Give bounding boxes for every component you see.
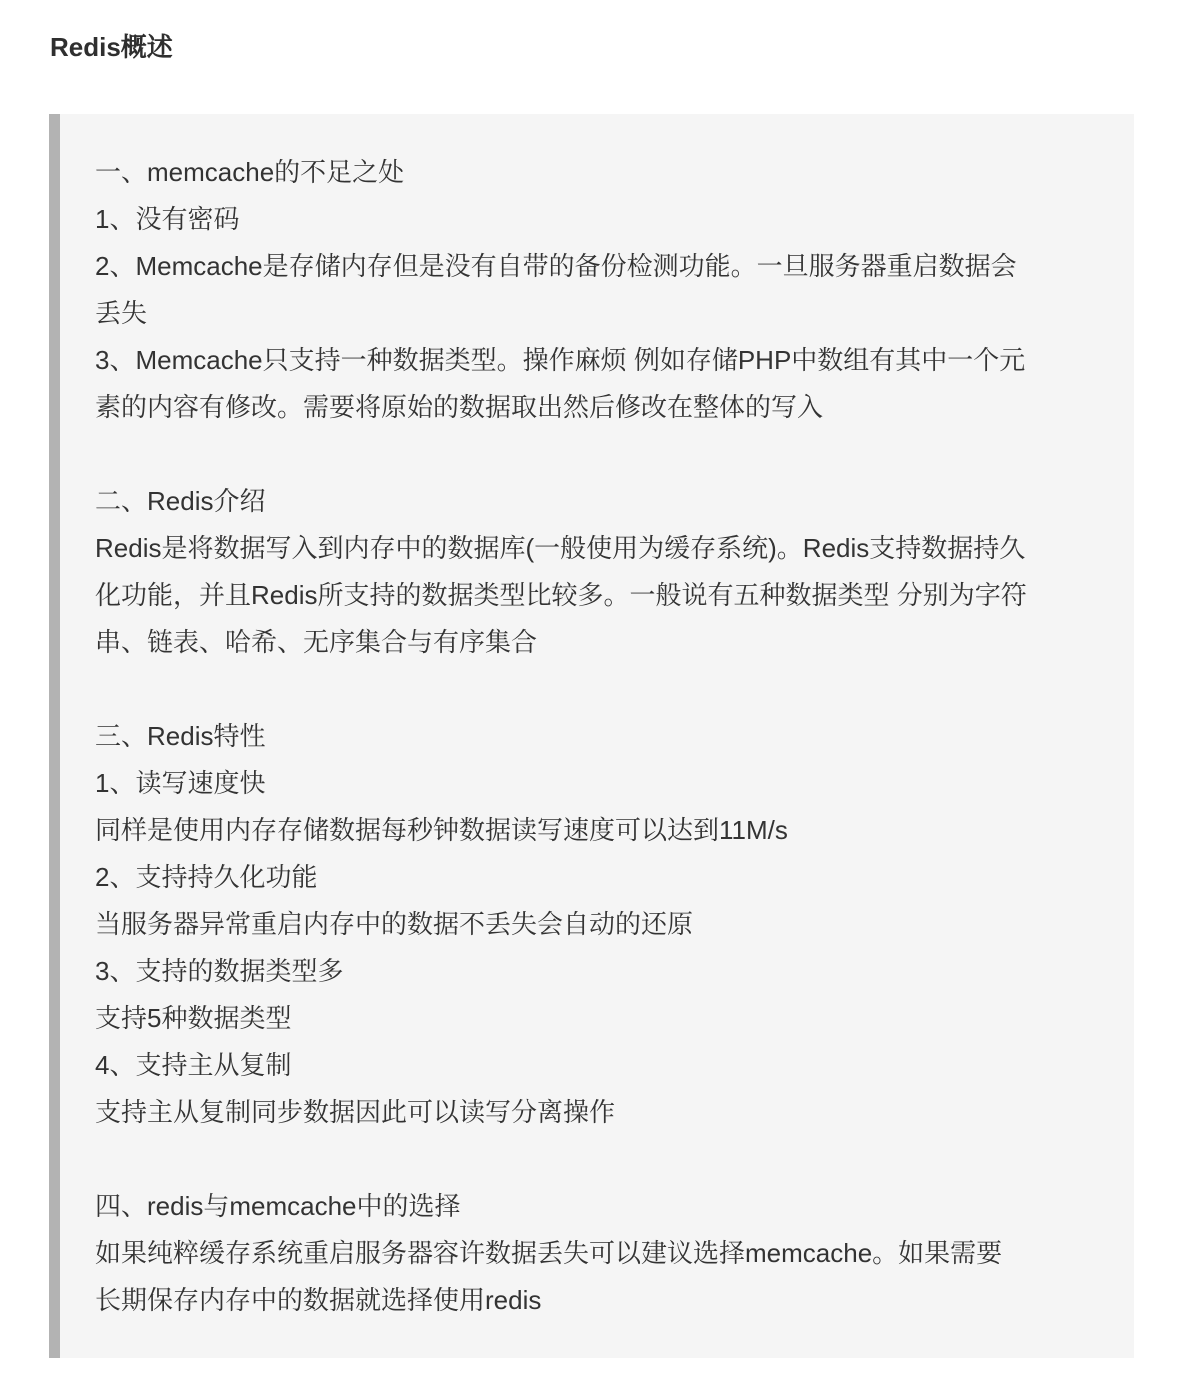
paragraph-line: 化功能，并且Redis所支持的数据类型比较多。一般说有五种数据类型 分别为字符 [95, 572, 1105, 619]
list-item-detail: 支持主从复制同步数据因此可以读写分离操作 [95, 1089, 1105, 1136]
blockquote: 一、memcache的不足之处 1、没有密码 2、Memcache是存储内存但是… [49, 114, 1134, 1358]
section-heading-redis-intro: 二、Redis介绍 [95, 478, 1105, 525]
list-item: 2、Memcache是存储内存但是没有自带的备份检测功能。一旦服务器重启数据会 [95, 243, 1105, 290]
list-item: 1、读写速度快 [95, 760, 1105, 807]
list-item: 4、支持主从复制 [95, 1042, 1105, 1089]
paragraph-line: 长期保存内存中的数据就选择使用redis [95, 1277, 1105, 1324]
list-item: 1、没有密码 [95, 196, 1105, 243]
paragraph-line: 串、链表、哈希、无序集合与有序集合 [95, 619, 1105, 666]
list-item-continuation: 丢失 [95, 290, 1105, 337]
list-item: 2、支持持久化功能 [95, 854, 1105, 901]
list-item: 3、Memcache只支持一种数据类型。操作麻烦 例如存储PHP中数组有其中一个… [95, 337, 1105, 384]
page-title: Redis概述 [50, 28, 173, 66]
blockquote-body: 一、memcache的不足之处 1、没有密码 2、Memcache是存储内存但是… [95, 149, 1105, 1324]
blank-line [95, 666, 1105, 713]
list-item-detail: 支持5种数据类型 [95, 995, 1105, 1042]
paragraph-line: 如果纯粹缓存系统重启服务器容许数据丢失可以建议选择memcache。如果需要 [95, 1230, 1105, 1277]
list-item: 3、支持的数据类型多 [95, 948, 1105, 995]
blank-line [95, 431, 1105, 478]
section-heading-choice: 四、redis与memcache中的选择 [95, 1183, 1105, 1230]
section-heading-memcache-shortcomings: 一、memcache的不足之处 [95, 149, 1105, 196]
paragraph-line: Redis是将数据写入到内存中的数据库(一般使用为缓存系统)。Redis支持数据… [95, 525, 1105, 572]
section-heading-redis-features: 三、Redis特性 [95, 713, 1105, 760]
list-item-detail: 同样是使用内存存储数据每秒钟数据读写速度可以达到11M/s [95, 807, 1105, 854]
list-item-detail: 当服务器异常重启内存中的数据不丢失会自动的还原 [95, 901, 1105, 948]
blank-line [95, 1136, 1105, 1183]
list-item-continuation: 素的内容有修改。需要将原始的数据取出然后修改在整体的写入 [95, 384, 1105, 431]
